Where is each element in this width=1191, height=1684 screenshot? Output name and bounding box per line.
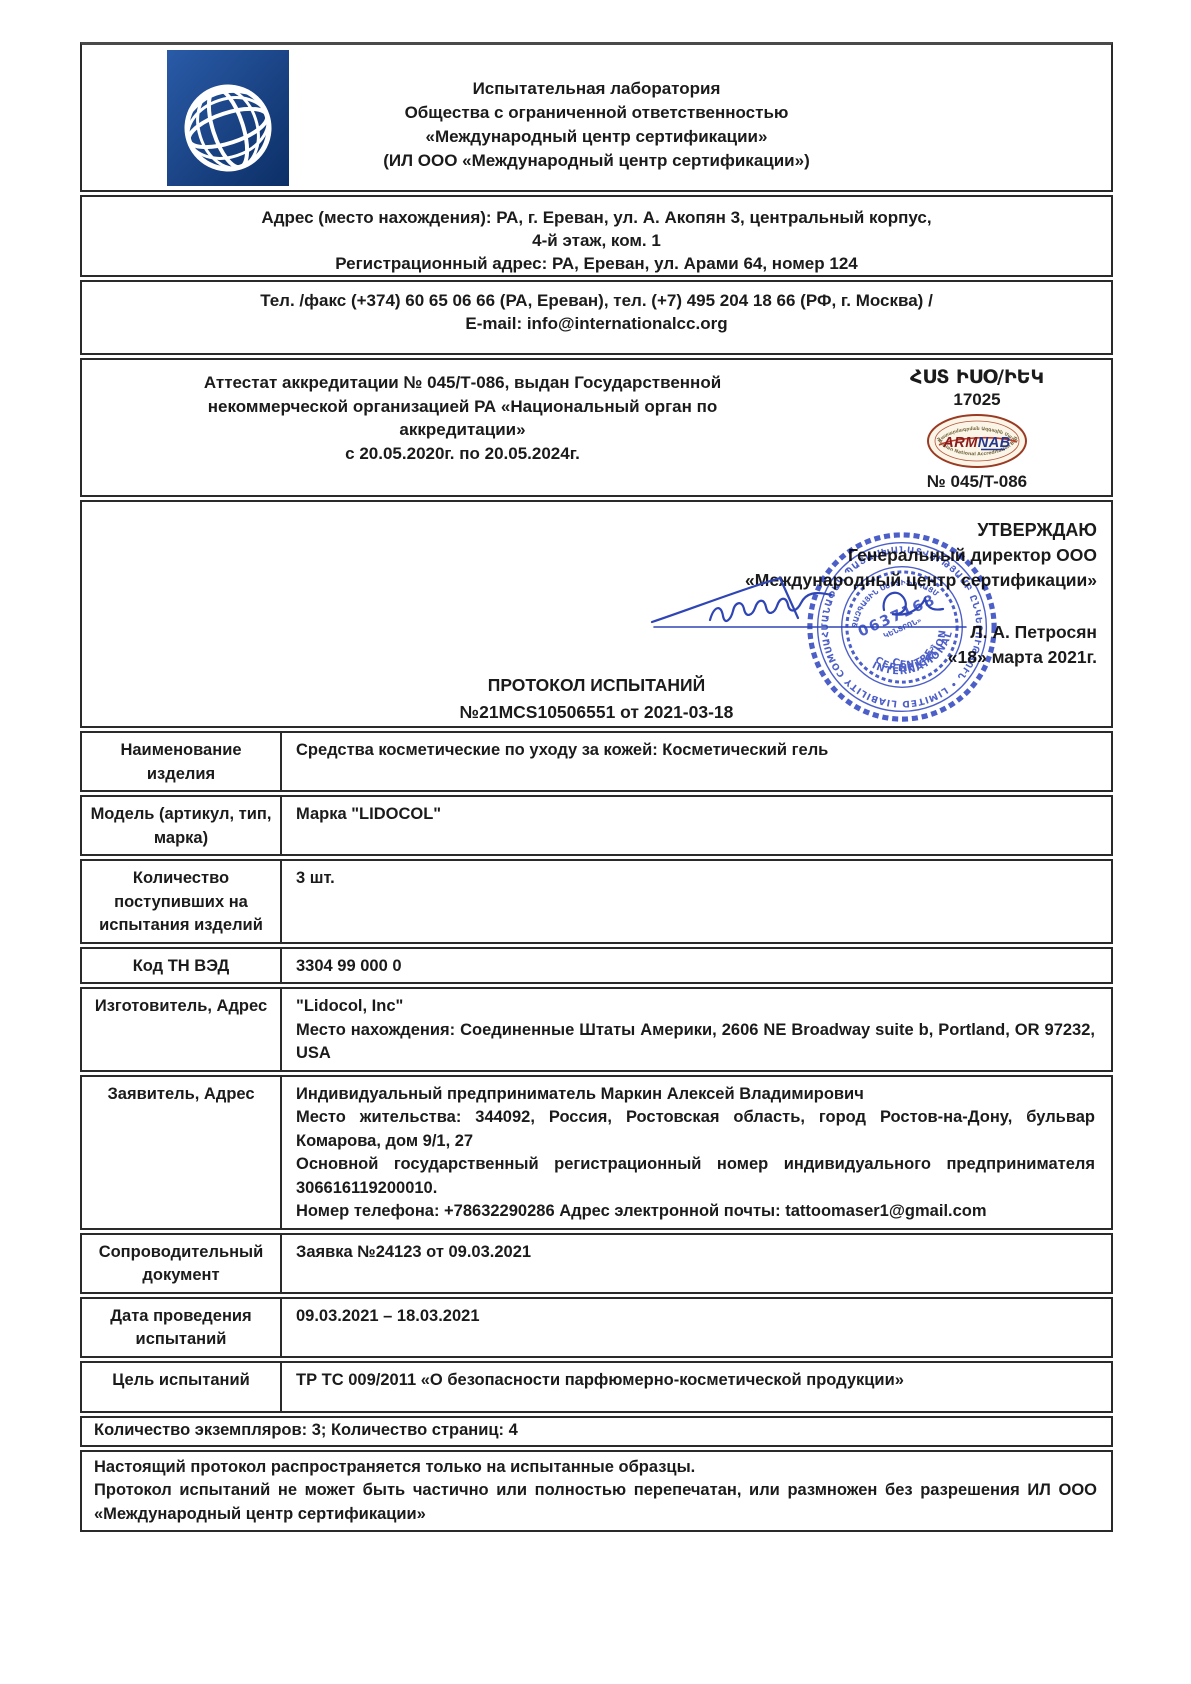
footer-note: Настоящий протокол распространяется толь… — [80, 1450, 1113, 1533]
approve-label: УТВЕРЖДАЮ — [82, 518, 1097, 543]
accreditation-standard-block: ՀՍՏ ԻՍՕ/ԻԵԿ 17025 Հավատարմագրման Ազգային… — [843, 360, 1111, 495]
approval-block: УТВЕРЖДАЮ Генеральный директор ООО «Межд… — [82, 518, 1111, 670]
row-value: Марка "LIDOCOL" — [282, 797, 1111, 854]
table-row: Сопроводительный документ Заявка №24123 … — [80, 1233, 1113, 1294]
protocol-title: ПРОТОКОЛ ИСПЫТАНИЙ №21MCS10506551 от 202… — [82, 672, 1111, 726]
copies-line: Количество экземпляров: 3; Количество ст… — [80, 1416, 1113, 1447]
table-row: Цель испытаний ТР ТС 009/2011 «О безопас… — [80, 1361, 1113, 1413]
approval-section: УТВЕРЖДАЮ Генеральный директор ООО «Межд… — [80, 500, 1113, 728]
accreditation-certificate-number: № 045/T-086 — [843, 472, 1111, 492]
row-value: Заявка №24123 от 09.03.2021 — [282, 1235, 1111, 1292]
row-label: Код ТН ВЭД — [82, 949, 282, 983]
table-row: Изготовитель, Адрес "Lidocol, Inc" Место… — [80, 987, 1113, 1072]
table-row: Код ТН ВЭД 3304 99 000 0 — [80, 947, 1113, 985]
contacts-section: Тел. /факс (+374) 60 65 06 66 (РА, Ерева… — [80, 280, 1113, 355]
approver-position: Генеральный директор ООО — [82, 543, 1097, 568]
row-value: 3304 99 000 0 — [282, 949, 1111, 983]
table-row: Модель (артикул, тип, марка) Марка "LIDO… — [80, 795, 1113, 856]
address-lines: Адрес (место нахождения): РА, г. Ереван,… — [82, 206, 1111, 275]
table-row: Заявитель, Адрес Индивидуальный предприн… — [80, 1075, 1113, 1230]
row-label: Модель (артикул, тип, марка) — [82, 797, 282, 854]
svg-text:ARMNAB: ARMNAB — [942, 435, 1010, 451]
approver-org: «Международный центр сертификации» — [82, 568, 1097, 593]
address-section: Адрес (место нахождения): РА, г. Ереван,… — [80, 195, 1113, 277]
row-label: Наименование изделия — [82, 733, 282, 790]
protocol-document: Испытательная лаборатория Общества с огр… — [80, 42, 1113, 1532]
approve-date: «18» марта 2021г. — [82, 645, 1097, 670]
row-value: "Lidocol, Inc" Место нахождения: Соедине… — [282, 989, 1111, 1070]
standard-name: ՀՍՏ ԻՍՕ/ԻԵԿ — [843, 365, 1111, 389]
table-row: Наименование изделия Средства косметичес… — [80, 731, 1113, 792]
row-value: 3 шт. — [282, 861, 1111, 942]
armnab-logo: Հավատարմագրման Ազգային Մարմին Armenian N… — [925, 413, 1029, 469]
globe-logo — [167, 50, 289, 186]
armnab-arm: ARM — [942, 435, 978, 451]
row-label: Заявитель, Адрес — [82, 1077, 282, 1228]
table-row: Дата проведения испытаний 09.03.2021 – 1… — [80, 1297, 1113, 1358]
row-label: Изготовитель, Адрес — [82, 989, 282, 1070]
accreditation-statement: Аттестат аккредитации № 045/Т-086, выдан… — [82, 371, 843, 465]
row-value: ТР ТС 009/2011 «О безопасности парфюмерн… — [282, 1363, 1111, 1411]
row-label: Количество поступивших на испытания изде… — [82, 861, 282, 942]
accreditation-section: Аттестат аккредитации № 045/Т-086, выдан… — [80, 358, 1113, 497]
signer-name: Л. А. Петросян — [82, 620, 1097, 645]
row-label: Цель испытаний — [82, 1363, 282, 1411]
row-value: 09.03.2021 – 18.03.2021 — [282, 1299, 1111, 1356]
header-section: Испытательная лаборатория Общества с огр… — [80, 42, 1113, 192]
row-value: Средства косметические по уходу за кожей… — [282, 733, 1111, 790]
contact-lines: Тел. /факс (+374) 60 65 06 66 (РА, Ерева… — [82, 289, 1111, 335]
accreditation-statement-block: Аттестат аккредитации № 045/Т-086, выдан… — [82, 360, 843, 495]
row-value: Индивидуальный предприниматель Маркин Ал… — [282, 1077, 1111, 1228]
row-label: Дата проведения испытаний — [82, 1299, 282, 1356]
row-label: Сопроводительный документ — [82, 1235, 282, 1292]
signature-space — [82, 593, 1097, 620]
table-row: Количество поступивших на испытания изде… — [80, 859, 1113, 944]
document-page: Испытательная лаборатория Общества с огр… — [0, 0, 1191, 1684]
armnab-nab: NAB — [978, 435, 1011, 451]
standard-number: 17025 — [843, 389, 1111, 411]
